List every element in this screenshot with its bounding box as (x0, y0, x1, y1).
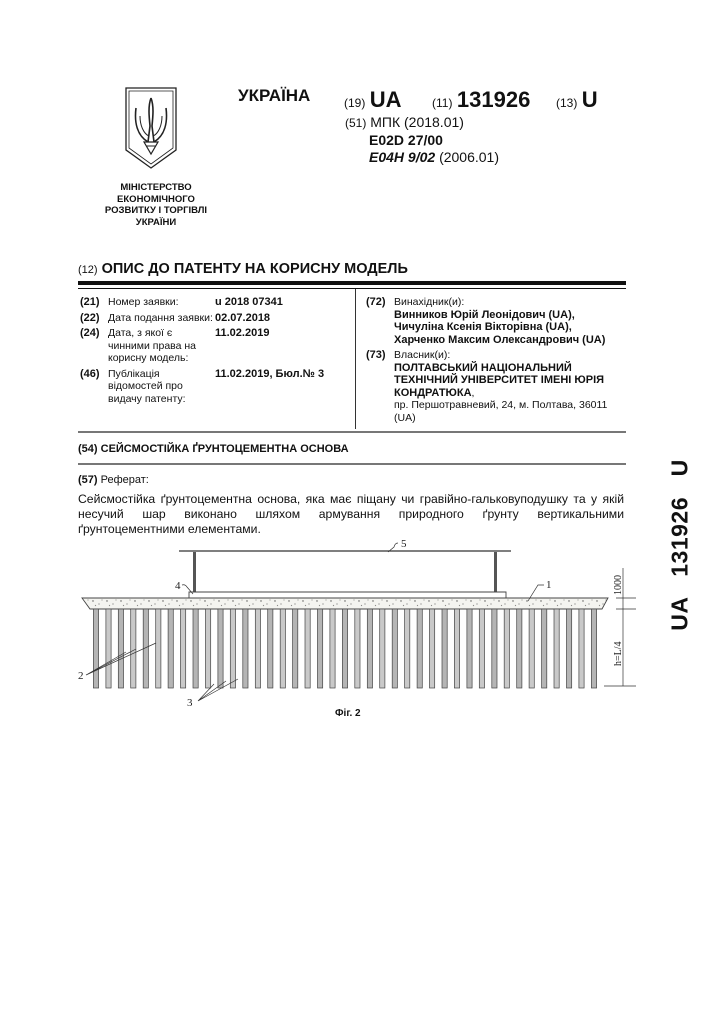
inventor-name: Харченко Максим Олександрович (UA) (394, 334, 605, 347)
divider (78, 288, 626, 289)
figure-label-3: 3 (187, 697, 193, 709)
inid-code: (73) (366, 349, 394, 424)
side-stamp: UA 131926 U (640, 460, 720, 630)
owner-label: Власник(и): (394, 349, 620, 362)
inid-code: (24) (80, 327, 108, 365)
divider (78, 463, 626, 465)
bib-row: (21) Номер заявки: u 2018 07341 (80, 296, 352, 309)
ministry-line: ЕКОНОМІЧНОГО (96, 194, 216, 206)
owner-address: пр. Першотравневий, 24, м. Полтава, 3601… (394, 399, 620, 424)
figure-label-5: 5 (401, 538, 407, 550)
patent-number: (11) 131926 (432, 87, 530, 113)
dimension-height: h=L/4 (613, 641, 624, 666)
figure-caption: Фіг. 2 (335, 708, 361, 719)
inid-code: (51) (345, 116, 366, 130)
effective-date: 11.02.2019 (215, 327, 269, 365)
country-code: (19) UA (344, 87, 402, 113)
ministry-line: МІНІСТЕРСТВО (96, 182, 216, 194)
bib-label: Публікація відомостей про видачу патенту… (108, 368, 215, 406)
bib-label: Номер заявки: (108, 296, 215, 309)
ministry-line: УКРАЇНИ (96, 217, 216, 229)
abstract-label: Реферат: (101, 474, 149, 486)
bibliographic-left: (21) Номер заявки: u 2018 07341 (22) Дат… (80, 296, 352, 405)
bib-label: Дата, з якої є чинними права на корисну … (108, 327, 215, 365)
patent-number-value: 131926 (457, 87, 530, 112)
inid-code: (21) (80, 296, 108, 309)
abstract-heading: (57) Реферат: (78, 474, 149, 486)
inid-code: (72) (366, 296, 394, 346)
inventor-name: Винников Юрій Леонідович (UA), (394, 309, 605, 322)
ukraine-trident-emblem-icon (124, 86, 178, 170)
ipc-class-2-version: (2006.01) (439, 149, 499, 165)
ipc-label: МПК (2018.01) (370, 114, 464, 130)
inid-code: (19) (344, 96, 365, 110)
ministry-name: МІНІСТЕРСТВО ЕКОНОМІЧНОГО РОЗВИТКУ І ТОР… (96, 182, 216, 228)
ipc-class-2: E04H 9/02 (369, 149, 435, 165)
application-number: u 2018 07341 (215, 296, 283, 309)
bibliographic-right: (72) Винахідник(и): Винников Юрій Леонід… (366, 296, 628, 424)
inid-code: (13) (556, 96, 577, 110)
country-code-value: UA (370, 87, 402, 112)
country-name: УКРАЇНА (238, 86, 310, 106)
owner-name: ПОЛТАВСЬКИЙ НАЦІОНАЛЬНИЙ ТЕХНІЧНИЙ УНІВЕ… (394, 362, 604, 399)
inid-code: (12) (78, 264, 98, 276)
owner: (73) Власник(и): ПОЛТАВСЬКИЙ НАЦІОНАЛЬНИ… (366, 349, 628, 424)
figure-label-1: 1 (546, 579, 552, 591)
figure-label-4: 4 (175, 580, 181, 592)
ipc-class-1: E02D 27/00 (369, 132, 443, 148)
publication-date: 11.02.2019, Бюл.№ 3 (215, 368, 324, 406)
column-divider (355, 289, 356, 429)
kind-code-value: U (582, 87, 598, 112)
inid-code: (46) (80, 368, 108, 406)
invention-title: (54) СЕЙСМОСТІЙКА ҐРУНТОЦЕМЕНТНА ОСНОВА (78, 443, 349, 455)
inid-code: (11) (432, 96, 452, 110)
ministry-line: РОЗВИТКУ І ТОРГІВЛІ (96, 205, 216, 217)
figure-label-2: 2 (78, 670, 84, 682)
inid-code: (54) (78, 443, 98, 455)
inventor-name: Чичуліна Ксенія Вікторівна (UA), (394, 321, 605, 334)
side-stamp-text: UA 131926 U (667, 459, 694, 631)
inventors-label: Винахідник(и): (394, 296, 605, 309)
inid-code: (57) (78, 474, 98, 486)
bib-label: Дата подання заявки: (108, 312, 215, 325)
document-title-text: ОПИС ДО ПАТЕНТУ НА КОРИСНУ МОДЕЛЬ (102, 261, 408, 277)
dimension-top: 1000 (613, 575, 624, 595)
ipc-classification: (51) МПК (2018.01) E02D 27/00 E04H 9/02 … (345, 114, 499, 166)
inid-code: (22) (80, 312, 108, 325)
divider (78, 431, 626, 433)
bib-row: (24) Дата, з якої є чинними права на кор… (80, 327, 352, 365)
figure-drawing: 5 4 1 2 3 1000 h=L/4 (76, 538, 636, 713)
kind-code: (13) U (556, 87, 598, 113)
filing-date: 02.07.2018 (215, 312, 270, 325)
divider (78, 281, 626, 285)
inventors: (72) Винахідник(и): Винников Юрій Леонід… (366, 296, 628, 346)
abstract-text: Сейсмостійка ґрунтоцементна основа, яка … (78, 492, 624, 537)
bib-row: (22) Дата подання заявки: 02.07.2018 (80, 312, 352, 325)
document-title: (12) ОПИС ДО ПАТЕНТУ НА КОРИСНУ МОДЕЛЬ (78, 261, 408, 277)
invention-title-text: СЕЙСМОСТІЙКА ҐРУНТОЦЕМЕНТНА ОСНОВА (101, 443, 349, 455)
bib-row: (46) Публікація відомостей про видачу па… (80, 368, 352, 406)
